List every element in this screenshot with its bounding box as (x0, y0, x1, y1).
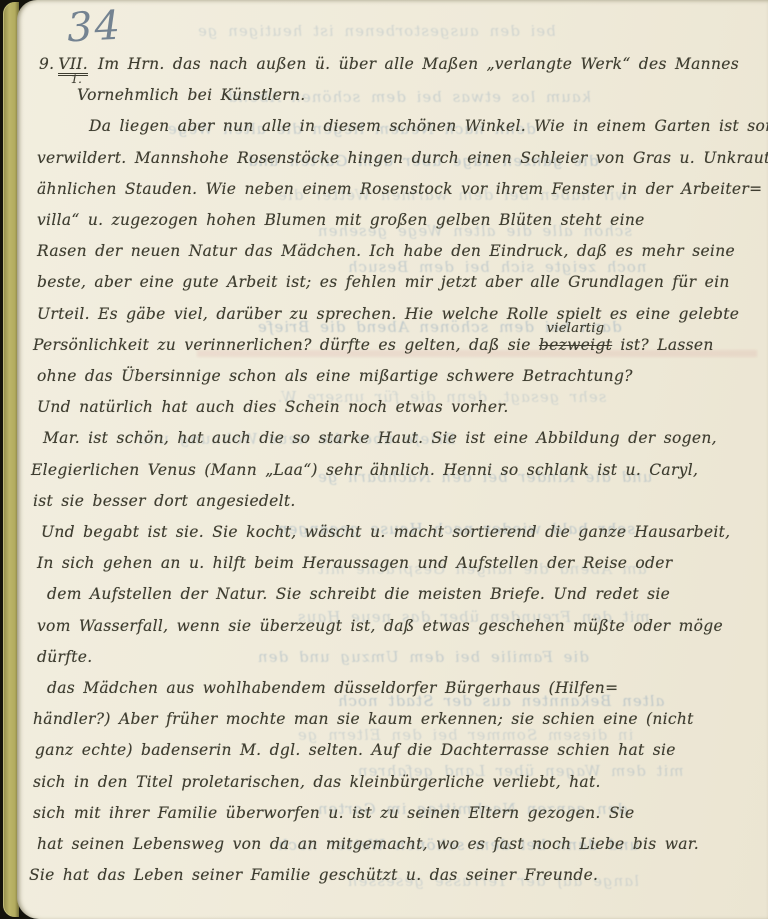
manuscript-line: verwildert. Mannshohe Rosenstöcke hingen… (37, 149, 768, 167)
manuscript-line: vom Wasserfall, wenn sie überzeugt ist, … (37, 617, 723, 635)
manuscript-line: ähnlichen Stauden. Wie neben einem Rosen… (37, 180, 762, 198)
manuscript-line: Sie hat das Leben seiner Familie geschüt… (29, 866, 598, 884)
manuscript-line: In sich gehen an u. hilft beim Heraussag… (37, 554, 672, 572)
manuscript-line: sich mit ihrer Familie überworfen u. ist… (33, 804, 635, 822)
manuscript-line: Und natürlich hat auch dies Schein noch … (37, 398, 509, 416)
notebook-photo: bei den ausgestorbenen ist heutigen geka… (0, 0, 768, 919)
manuscript-line: händler?) Aber früher mochte man sie kau… (33, 710, 694, 728)
manuscript-line: sich in den Titel proletarischen, das kl… (33, 773, 601, 791)
manuscript-line: Mar. ist schön, hat auch die so starke H… (43, 429, 717, 447)
manuscript-line: dem Aufstellen der Natur. Sie schreibt d… (47, 585, 670, 603)
manuscript-line: Elegierlichen Venus (Mann „Laa“) sehr äh… (31, 461, 698, 479)
manuscript-line: villa“ u. zugezogen hohen Blumen mit gro… (37, 211, 645, 229)
line-text: Persönlichkeit zu verinnerlichen? dürfte… (33, 336, 539, 354)
manuscript-line: Urteil. Es gäbe viel, darüber zu spreche… (37, 305, 739, 323)
manuscript-line: ohne das Übersinnige schon als eine mißa… (37, 367, 633, 385)
struck-word: bezweigtvielartig (539, 336, 612, 354)
manuscript-line: Da liegen aber nun alle in diesem schöne… (89, 117, 768, 135)
manuscript-line: ist sie besser dort angesiedelt. (33, 492, 296, 510)
manuscript-line: hat seinen Lebensweg von da an mitgemach… (37, 835, 699, 853)
date-day: 9. (39, 55, 54, 73)
date-footnote-mark: 1. (71, 73, 82, 86)
manuscript-line: das Mädchen aus wohlhabendem düsseldorfe… (47, 679, 618, 697)
manuscript-line: Rasen der neuen Natur das Mädchen. Ich h… (37, 242, 735, 260)
manuscript-line: beste, aber eine gute Arbeit ist; es feh… (37, 273, 730, 291)
manuscript-line: Und begabt ist sie. Sie kocht, wäscht u.… (41, 523, 730, 541)
manuscript-line: ganz echte) badenserin M. dgl. selten. A… (35, 741, 676, 759)
manuscript-line: Persönlichkeit zu verinnerlichen? dürfte… (33, 336, 714, 354)
manuscript-line: 9.VII.Im Hrn. das nach außen ü. über all… (39, 55, 739, 73)
entry-first-line: Im Hrn. das nach außen ü. über alle Maße… (98, 55, 739, 73)
handwritten-text: 9.VII.Im Hrn. das nach außen ü. über all… (17, 0, 768, 919)
inserted-word: vielartig (547, 321, 605, 336)
line-text: ist? Lassen (612, 336, 714, 354)
manuscript-line: dürfte. (37, 648, 92, 666)
manuscript-page: bei den ausgestorbenen ist heutigen geka… (17, 0, 768, 919)
manuscript-line: Vornehmlich bei Künstlern. (77, 86, 305, 104)
